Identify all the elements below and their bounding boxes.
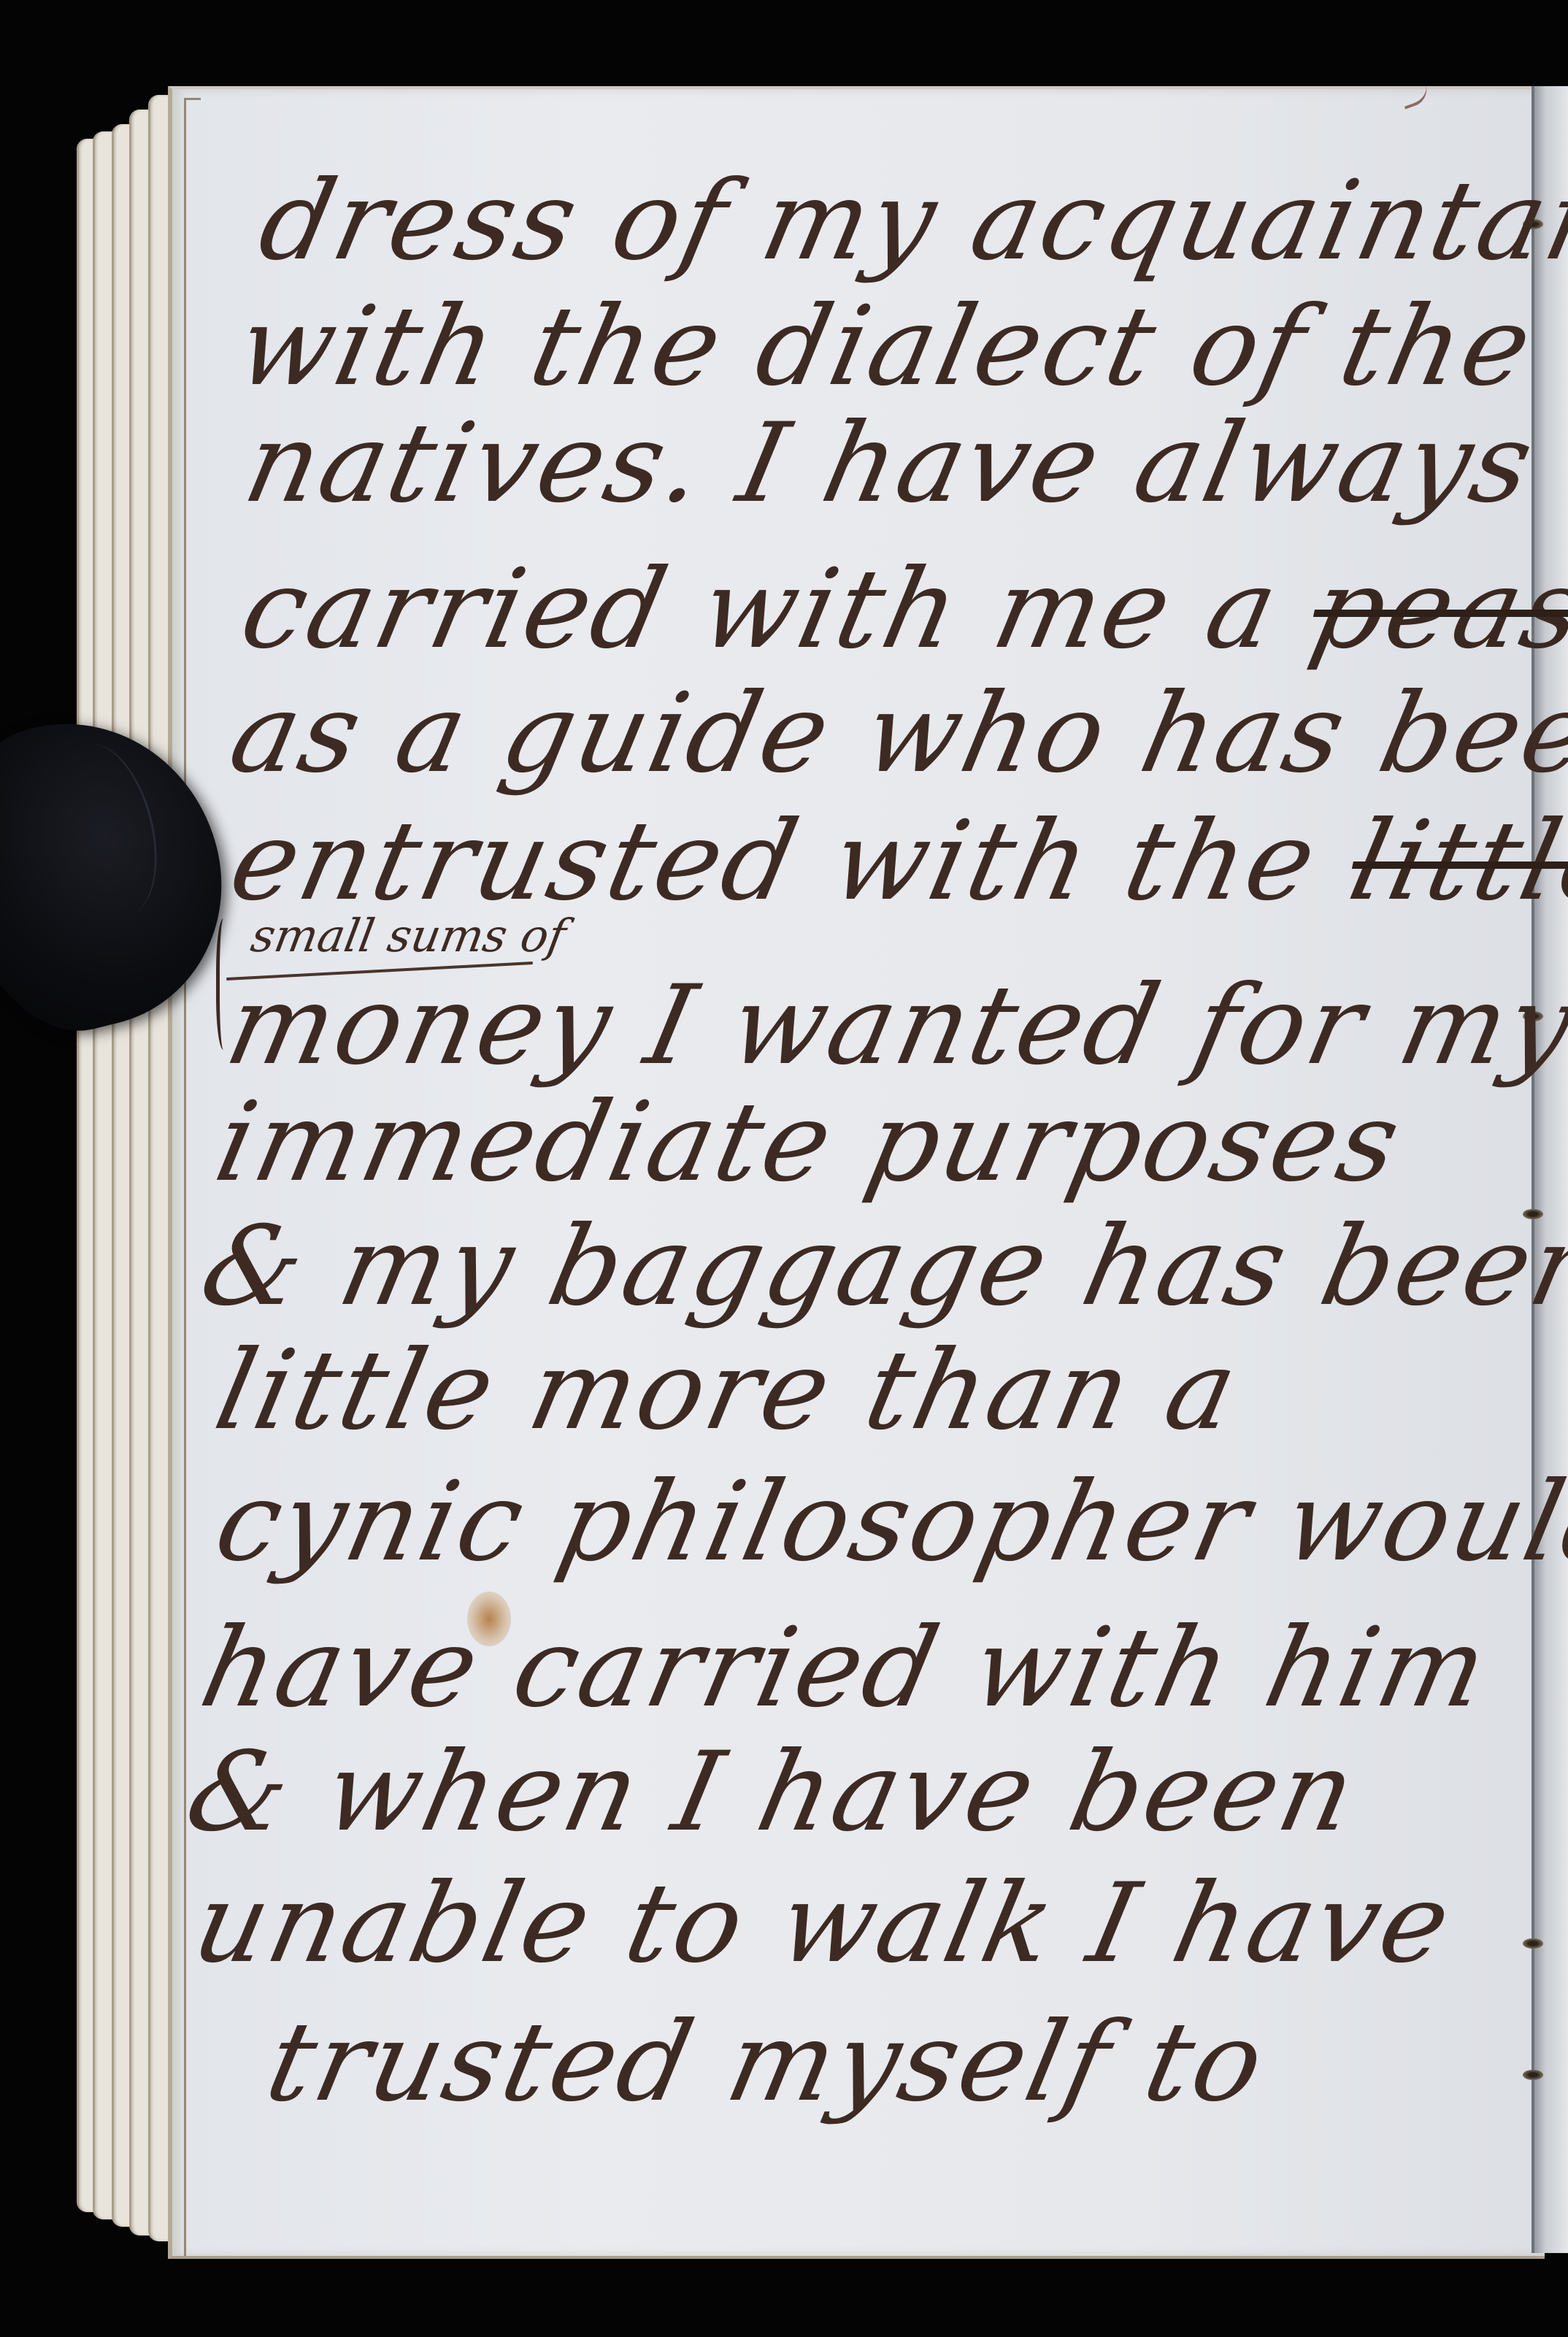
manuscript-line-11: cynic philosopher would [207,1467,1568,1577]
interlinear-insertion: small sums of [247,909,570,962]
line-text: unable to walk I have [184,1860,1464,1987]
struck-word: peasant [1302,546,1568,673]
line-text: have carried with him [191,1605,1500,1732]
line-text: entrusted with the [220,798,1367,925]
manuscript-line-4: carried with me a peasant [233,555,1568,664]
binding-stitch-icon [1523,2070,1543,2080]
struck-word: little [1340,798,1568,925]
manuscript-line-15: trusted myself to [258,2008,1275,2117]
manuscript-line-9: & my baggage has been [193,1212,1568,1321]
manuscript-line-7: money I wanted for my [218,971,1568,1081]
line-text: trusted myself to [257,1999,1277,2126]
line-text: & when I have been [177,1729,1369,1856]
manuscript-line-6: entrusted with the little [222,807,1568,916]
manuscript-line-2: with the dialect of the [229,292,1542,402]
manuscript-line-10: little more than a [207,1336,1248,1446]
photograph-background: dress of my acquaintance with the dialec… [0,0,1568,2337]
manuscript-line-5: as a guide who has been [222,679,1568,788]
manuscript-line-13: & when I have been [178,1738,1366,1847]
line-text: little more than a [206,1327,1250,1454]
line-text: immediate purposes [206,1079,1413,1206]
manuscript-line-12: have carried with him [193,1613,1498,1723]
binding-stitch-icon [1523,1938,1543,1949]
manuscript-line-3: natives. I have always [237,409,1544,518]
line-text: carried with me a [231,546,1329,673]
line-text: dress of my acquaintance [250,158,1568,285]
line-text: natives. I have always [235,400,1546,527]
line-text: with the dialect of the [228,283,1545,410]
manuscript-line-1: dress of my acquaintance [251,166,1568,276]
manuscript-line-8: immediate purposes [207,1088,1411,1197]
line-text: cynic philosopher would [206,1459,1568,1586]
line-text: as a guide who has been [220,670,1568,797]
line-text: & my baggage has been [191,1203,1568,1330]
line-text: money I wanted for my [217,962,1568,1089]
manuscript-line-14: unable to walk I have [185,1869,1461,1979]
